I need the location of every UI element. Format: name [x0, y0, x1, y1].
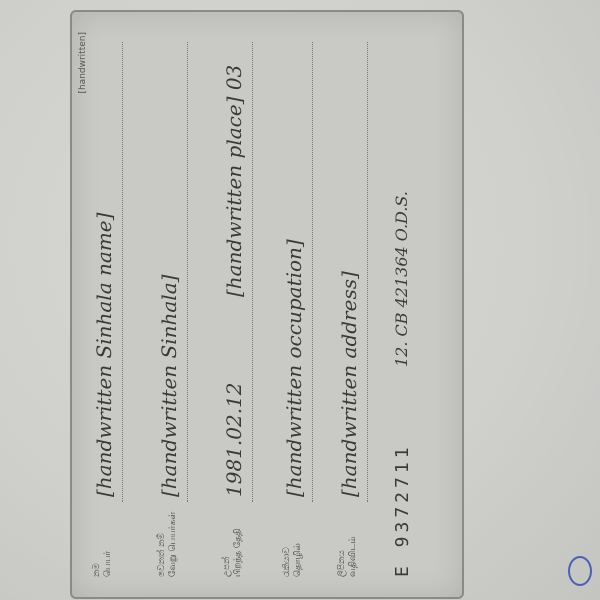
issue-line: 12. CB 421364 O.D.S. [392, 191, 411, 367]
field-value-birth-date: 1981.02.12 [222, 382, 246, 497]
id-number: E 9372711 [392, 443, 413, 577]
field-label-address: ලිපිනයவதிவிடம் [337, 507, 359, 577]
field-value-birth-place: [handwritten place] 03 [222, 65, 246, 297]
field-value-name: [handwritten Sinhala name] [92, 213, 116, 497]
id-card: නමபெயர் [handwritten Sinhala name] වෙනත්… [70, 10, 464, 599]
field-value-address: [handwritten address] [337, 271, 361, 497]
field-value-other-names: [handwritten Sinhala] [157, 275, 181, 497]
field-label-birth: උපන්பிறந்த தேதி [222, 507, 244, 577]
field-value-occupation: [handwritten occupation] [282, 239, 306, 497]
field-label-other-names: වෙනත් නම්வேறு பெயர்கள் [157, 507, 179, 577]
field-label-name: නමபெயர் [92, 507, 114, 577]
corner-note: [handwritten] [78, 32, 88, 94]
blue-pen-mark [568, 556, 592, 586]
field-label-occupation: රැකියාවதொழில் [282, 507, 304, 577]
card-content-rotated: නමபெயர் [handwritten Sinhala name] වෙනත්… [72, 12, 462, 597]
